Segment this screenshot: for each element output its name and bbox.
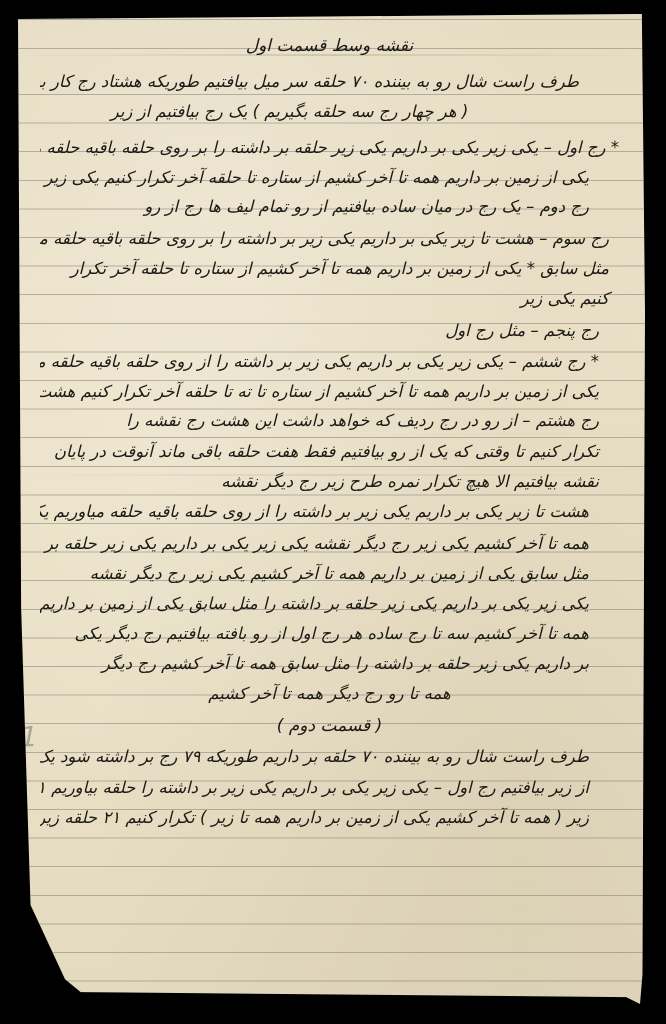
text-line-6: رج سوم – هشت تا زیر یکی بر داریم یکی زیر… bbox=[40, 225, 619, 253]
text-line-1: طرف راست شال رو به بیننده ۷۰ حلقه سر میل… bbox=[40, 68, 619, 96]
text-line-10: * رج ششم – یکی زیر یکی بر داریم یکی زیر … bbox=[40, 348, 619, 376]
text-line-4: یکی از زمین بر داریم همه تا آخر کشیم از … bbox=[40, 164, 619, 192]
section-heading-part-two: ( قسمت دوم ) bbox=[40, 712, 619, 740]
page-title: نقشه وسط قسمت اول bbox=[40, 32, 619, 60]
text-line-18: یکی زیر یکی بر داریم یکی زیر حلقه بر داش… bbox=[40, 590, 619, 618]
text-line-25: زیر ( همه تا آخر کشیم یکی از زمین بر دار… bbox=[40, 804, 619, 832]
text-line-12: رج هشتم – از رو در رج ردیف که خواهد داشت… bbox=[40, 407, 619, 435]
text-line-23: طرف راست شال رو به بیننده ۷۰ حلقه بر دار… bbox=[40, 743, 619, 771]
text-line-16: همه تا آخر کشیم یکی زیر رج دیگر نقشه یکی… bbox=[40, 530, 619, 558]
text-line-2: ( هر چهار رج سه حلقه بگیریم ) یک رج بیاف… bbox=[40, 98, 619, 126]
text-line-19: همه تا آخر کشیم سه تا رج ساده هر رج اول … bbox=[40, 620, 619, 648]
text-line-21: همه تا رو رج دیگر همه تا آخر کشیم bbox=[40, 680, 619, 708]
text-line-20: بر داریم یکی زیر حلقه بر داشته را مثل سا… bbox=[40, 650, 619, 678]
text-line-13: تکرار کنیم تا وقتی که یک از رو بیافتیم ف… bbox=[40, 438, 619, 466]
text-line-11: یکی از زمین بر داریم همه تا آخر کشیم از … bbox=[40, 378, 619, 406]
text-line-9: رج پنجم – مثل رج اول bbox=[40, 317, 619, 345]
text-line-8: کنیم یکی زیر bbox=[40, 285, 619, 313]
manuscript-page: نقشه وسط قسمت اول طرف راست شال رو به بین… bbox=[18, 14, 645, 1004]
text-line-17: مثل سابق یکی از زمین بر داریم همه تا آخر… bbox=[40, 560, 619, 588]
text-line-3: * رج اول – یکی زیر یکی بر داریم یکی زیر … bbox=[40, 134, 619, 162]
text-line-5: رج دوم – یک رج در میان ساده بیافتیم از ر… bbox=[40, 193, 619, 221]
text-line-24: از زیر بیافتیم رج اول – یکی زیر یکی بر د… bbox=[40, 774, 619, 802]
text-line-15: هشت تا زیر یکی بر داریم یکی زیر بر داشته… bbox=[40, 498, 619, 526]
text-line-7: مثل سابق * یکی از زمین بر داریم همه تا آ… bbox=[40, 255, 619, 283]
text-line-14: نقشه بیافتیم الا هیچ تکرار نمره طرح زیر … bbox=[40, 468, 619, 496]
margin-pencil-mark: 1 bbox=[20, 720, 38, 753]
